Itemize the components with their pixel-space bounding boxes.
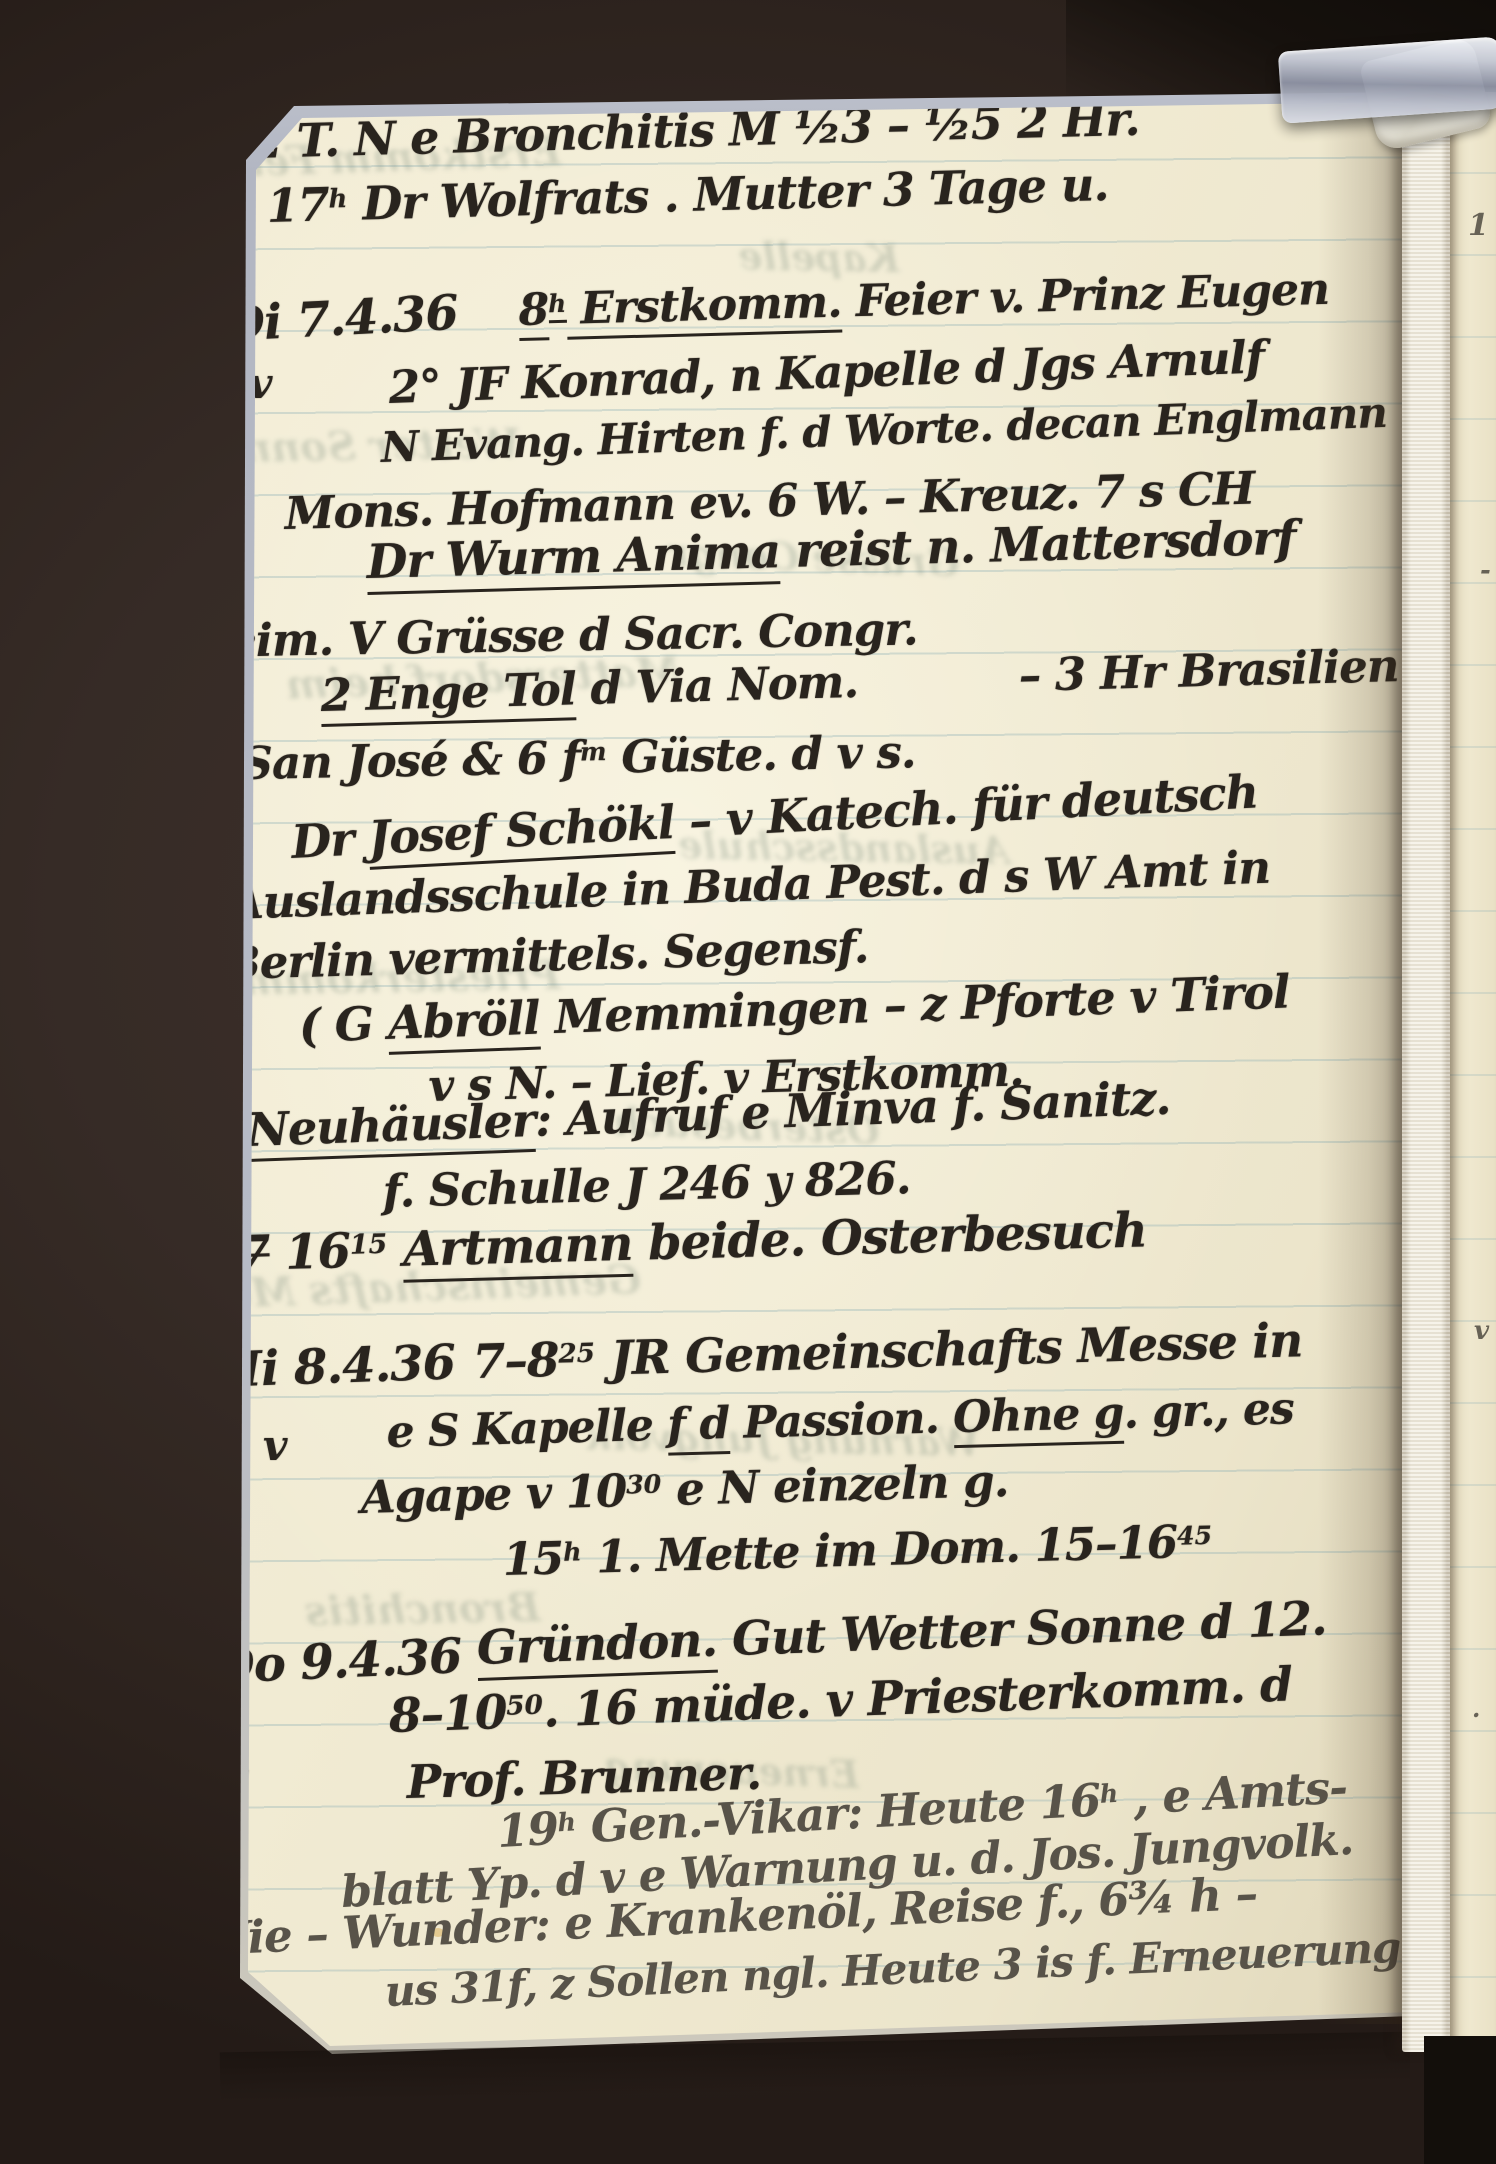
bookmark-ribbon [1402, 52, 1450, 2052]
book-holder-clamp [1278, 36, 1496, 123]
ghost-text: Kapelle [738, 233, 900, 281]
edge-mark: . [1472, 1694, 1480, 1723]
edge-mark: 1 [1468, 208, 1489, 243]
cover-edge-shadow [1424, 2036, 1496, 2164]
photo-of-diary-page: Erstkomm FeierKapelleWetter SonneGrüsse … [0, 0, 1496, 2164]
gutter-shading [1318, 96, 1410, 2024]
next-page-edge [1448, 92, 1496, 2046]
edge-mark: - [1480, 556, 1491, 586]
handwriting-line: Do 9.4.36 [212, 1629, 463, 1695]
edge-mark: v [1474, 1316, 1489, 1346]
handwriting-line: v [263, 1422, 286, 1470]
